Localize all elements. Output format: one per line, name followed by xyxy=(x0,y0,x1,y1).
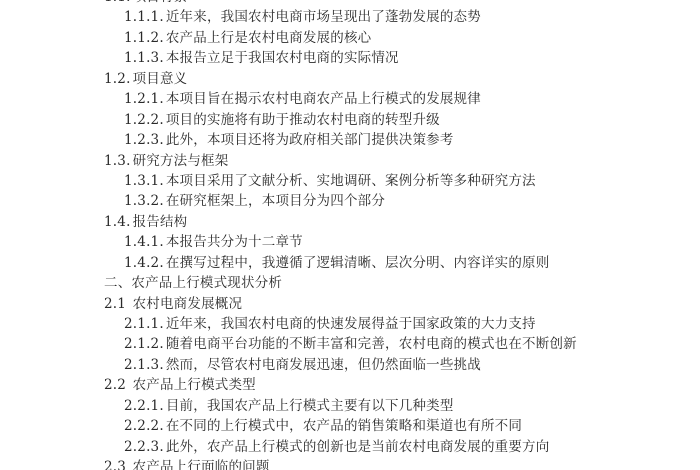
outline-text: 本项目旨在揭示农村电商农产品上行模式的发展规律 xyxy=(166,91,481,107)
outline-number: 1.4.2. xyxy=(124,255,164,271)
outline-number: 1.3. xyxy=(104,153,131,169)
outline-text: 报告结构 xyxy=(133,214,188,230)
outline-number: 1.1.2. xyxy=(124,30,164,46)
outline-text: 农产品上行模式类型 xyxy=(128,377,256,393)
outline-number: 2.2.2. xyxy=(124,418,164,434)
outline-number: 2.2.1. xyxy=(124,398,164,414)
outline-number: 2.2.3. xyxy=(124,439,164,455)
outline-text: 本报告立足于我国农村电商的实际情况 xyxy=(166,50,399,66)
outline-text: 本报告共分为十二章节 xyxy=(166,234,303,250)
heading-1-1: 1.1.项目背景 xyxy=(0,0,700,7)
chapter-2-heading: 二、农产品上行模式现状分析 xyxy=(0,273,700,293)
item-1-2-2: 1.2.2.项目的实施将有助于推动农村电商的转型升级 xyxy=(0,110,700,130)
outline-text: 农产品上行是农村电商发展的核心 xyxy=(166,30,372,46)
item-2-1-3: 2.1.3.然而，尽管农村电商发展迅速，但仍然面临一些挑战 xyxy=(0,355,700,375)
outline-text: 在不同的上行模式中，农产品的销售策略和渠道也有所不同 xyxy=(166,418,522,434)
outline-text: 本项目采用了文献分析、实地调研、案例分析等多种研究方法 xyxy=(166,173,536,189)
item-2-1-1: 2.1.1.近年来，我国农村电商的快速发展得益于国家政策的大力支持 xyxy=(0,314,700,334)
heading-1-2: 1.2.项目意义 xyxy=(0,69,700,89)
item-2-2-2: 2.2.2.在不同的上行模式中，农产品的销售策略和渠道也有所不同 xyxy=(0,416,700,436)
item-1-1-1: 1.1.1.近年来，我国农村电商市场呈现出了蓬勃发展的态势 xyxy=(0,7,700,27)
item-1-4-1: 1.4.1.本报告共分为十二章节 xyxy=(0,232,700,252)
outline-text: 农村电商发展概况 xyxy=(128,296,242,312)
outline-number: 1.4. xyxy=(104,214,131,230)
item-1-3-2: 1.3.2.在研究框架上，本项目分为四个部分 xyxy=(0,191,700,211)
item-2-2-1: 2.2.1.目前，我国农产品上行模式主要有以下几种类型 xyxy=(0,396,700,416)
item-1-2-1: 1.2.1.本项目旨在揭示农村电商农产品上行模式的发展规律 xyxy=(0,89,700,109)
outline-text: 此外，本项目还将为政府相关部门提供决策参考 xyxy=(166,132,454,148)
outline-number: 1.2.1. xyxy=(124,91,164,107)
item-1-4-2: 1.4.2.在撰写过程中，我遵循了逻辑清晰、层次分明、内容详实的原则 xyxy=(0,253,700,273)
outline-text: 近年来，我国农村电商的快速发展得益于国家政策的大力支持 xyxy=(166,316,536,332)
outline-text: 在撰写过程中，我遵循了逻辑清晰、层次分明、内容详实的原则 xyxy=(166,255,550,271)
outline-number: 1.2.2. xyxy=(124,112,164,128)
outline-number: 2.1.1. xyxy=(124,316,164,332)
outline-text: 项目意义 xyxy=(133,71,188,87)
document-outline: 1.1.项目背景 1.1.1.近年来，我国农村电商市场呈现出了蓬勃发展的态势 1… xyxy=(0,0,700,470)
outline-text: 此外，农产品上行模式的创新也是当前农村电商发展的重要方向 xyxy=(166,439,550,455)
outline-number: 1.1. xyxy=(104,0,131,5)
outline-text: 在研究框架上，本项目分为四个部分 xyxy=(166,193,385,209)
outline-text: 农产品上行面临的问题 xyxy=(128,459,270,470)
item-1-1-2: 1.1.2.农产品上行是农村电商发展的核心 xyxy=(0,28,700,48)
outline-number: 1.2. xyxy=(104,71,131,87)
outline-number: 1.3.1. xyxy=(124,173,164,189)
item-2-2-3: 2.2.3.此外，农产品上行模式的创新也是当前农村电商发展的重要方向 xyxy=(0,437,700,457)
heading-2-3: 2.3 农产品上行面临的问题 xyxy=(0,457,700,470)
item-2-1-2: 2.1.2.随着电商平台功能的不断丰富和完善，农村电商的模式也在不断创新 xyxy=(0,334,700,354)
outline-number: 1.2.3. xyxy=(124,132,164,148)
heading-1-3: 1.3.研究方法与框架 xyxy=(0,151,700,171)
outline-text: 近年来，我国农村电商市场呈现出了蓬勃发展的态势 xyxy=(166,9,481,25)
outline-text: 研究方法与框架 xyxy=(133,153,229,169)
outline-number: 1.3.2. xyxy=(124,193,164,209)
outline-text: 农产品上行模式现状分析 xyxy=(131,275,282,291)
outline-number: 1.4.1. xyxy=(124,234,164,250)
item-1-1-3: 1.1.3.本报告立足于我国农村电商的实际情况 xyxy=(0,48,700,68)
outline-number: 2.3 xyxy=(104,459,126,470)
heading-2-2: 2.2 农产品上行模式类型 xyxy=(0,375,700,395)
outline-number: 2.1.3. xyxy=(124,357,164,373)
outline-text: 随着电商平台功能的不断丰富和完善，农村电商的模式也在不断创新 xyxy=(166,336,577,352)
heading-1-4: 1.4.报告结构 xyxy=(0,212,700,232)
outline-number: 二、 xyxy=(104,275,131,291)
item-1-2-3: 1.2.3.此外，本项目还将为政府相关部门提供决策参考 xyxy=(0,130,700,150)
outline-number: 2.2 xyxy=(104,377,126,393)
outline-number: 1.1.1. xyxy=(124,9,164,25)
outline-number: 2.1 xyxy=(104,296,126,312)
outline-text: 项目背景 xyxy=(133,0,188,5)
outline-text: 然而，尽管农村电商发展迅速，但仍然面临一些挑战 xyxy=(166,357,481,373)
outline-text: 项目的实施将有助于推动农村电商的转型升级 xyxy=(166,112,440,128)
heading-2-1: 2.1 农村电商发展概况 xyxy=(0,294,700,314)
item-1-3-1: 1.3.1.本项目采用了文献分析、实地调研、案例分析等多种研究方法 xyxy=(0,171,700,191)
outline-text: 目前，我国农产品上行模式主要有以下几种类型 xyxy=(166,398,454,414)
outline-number: 2.1.2. xyxy=(124,336,164,352)
outline-number: 1.1.3. xyxy=(124,50,164,66)
